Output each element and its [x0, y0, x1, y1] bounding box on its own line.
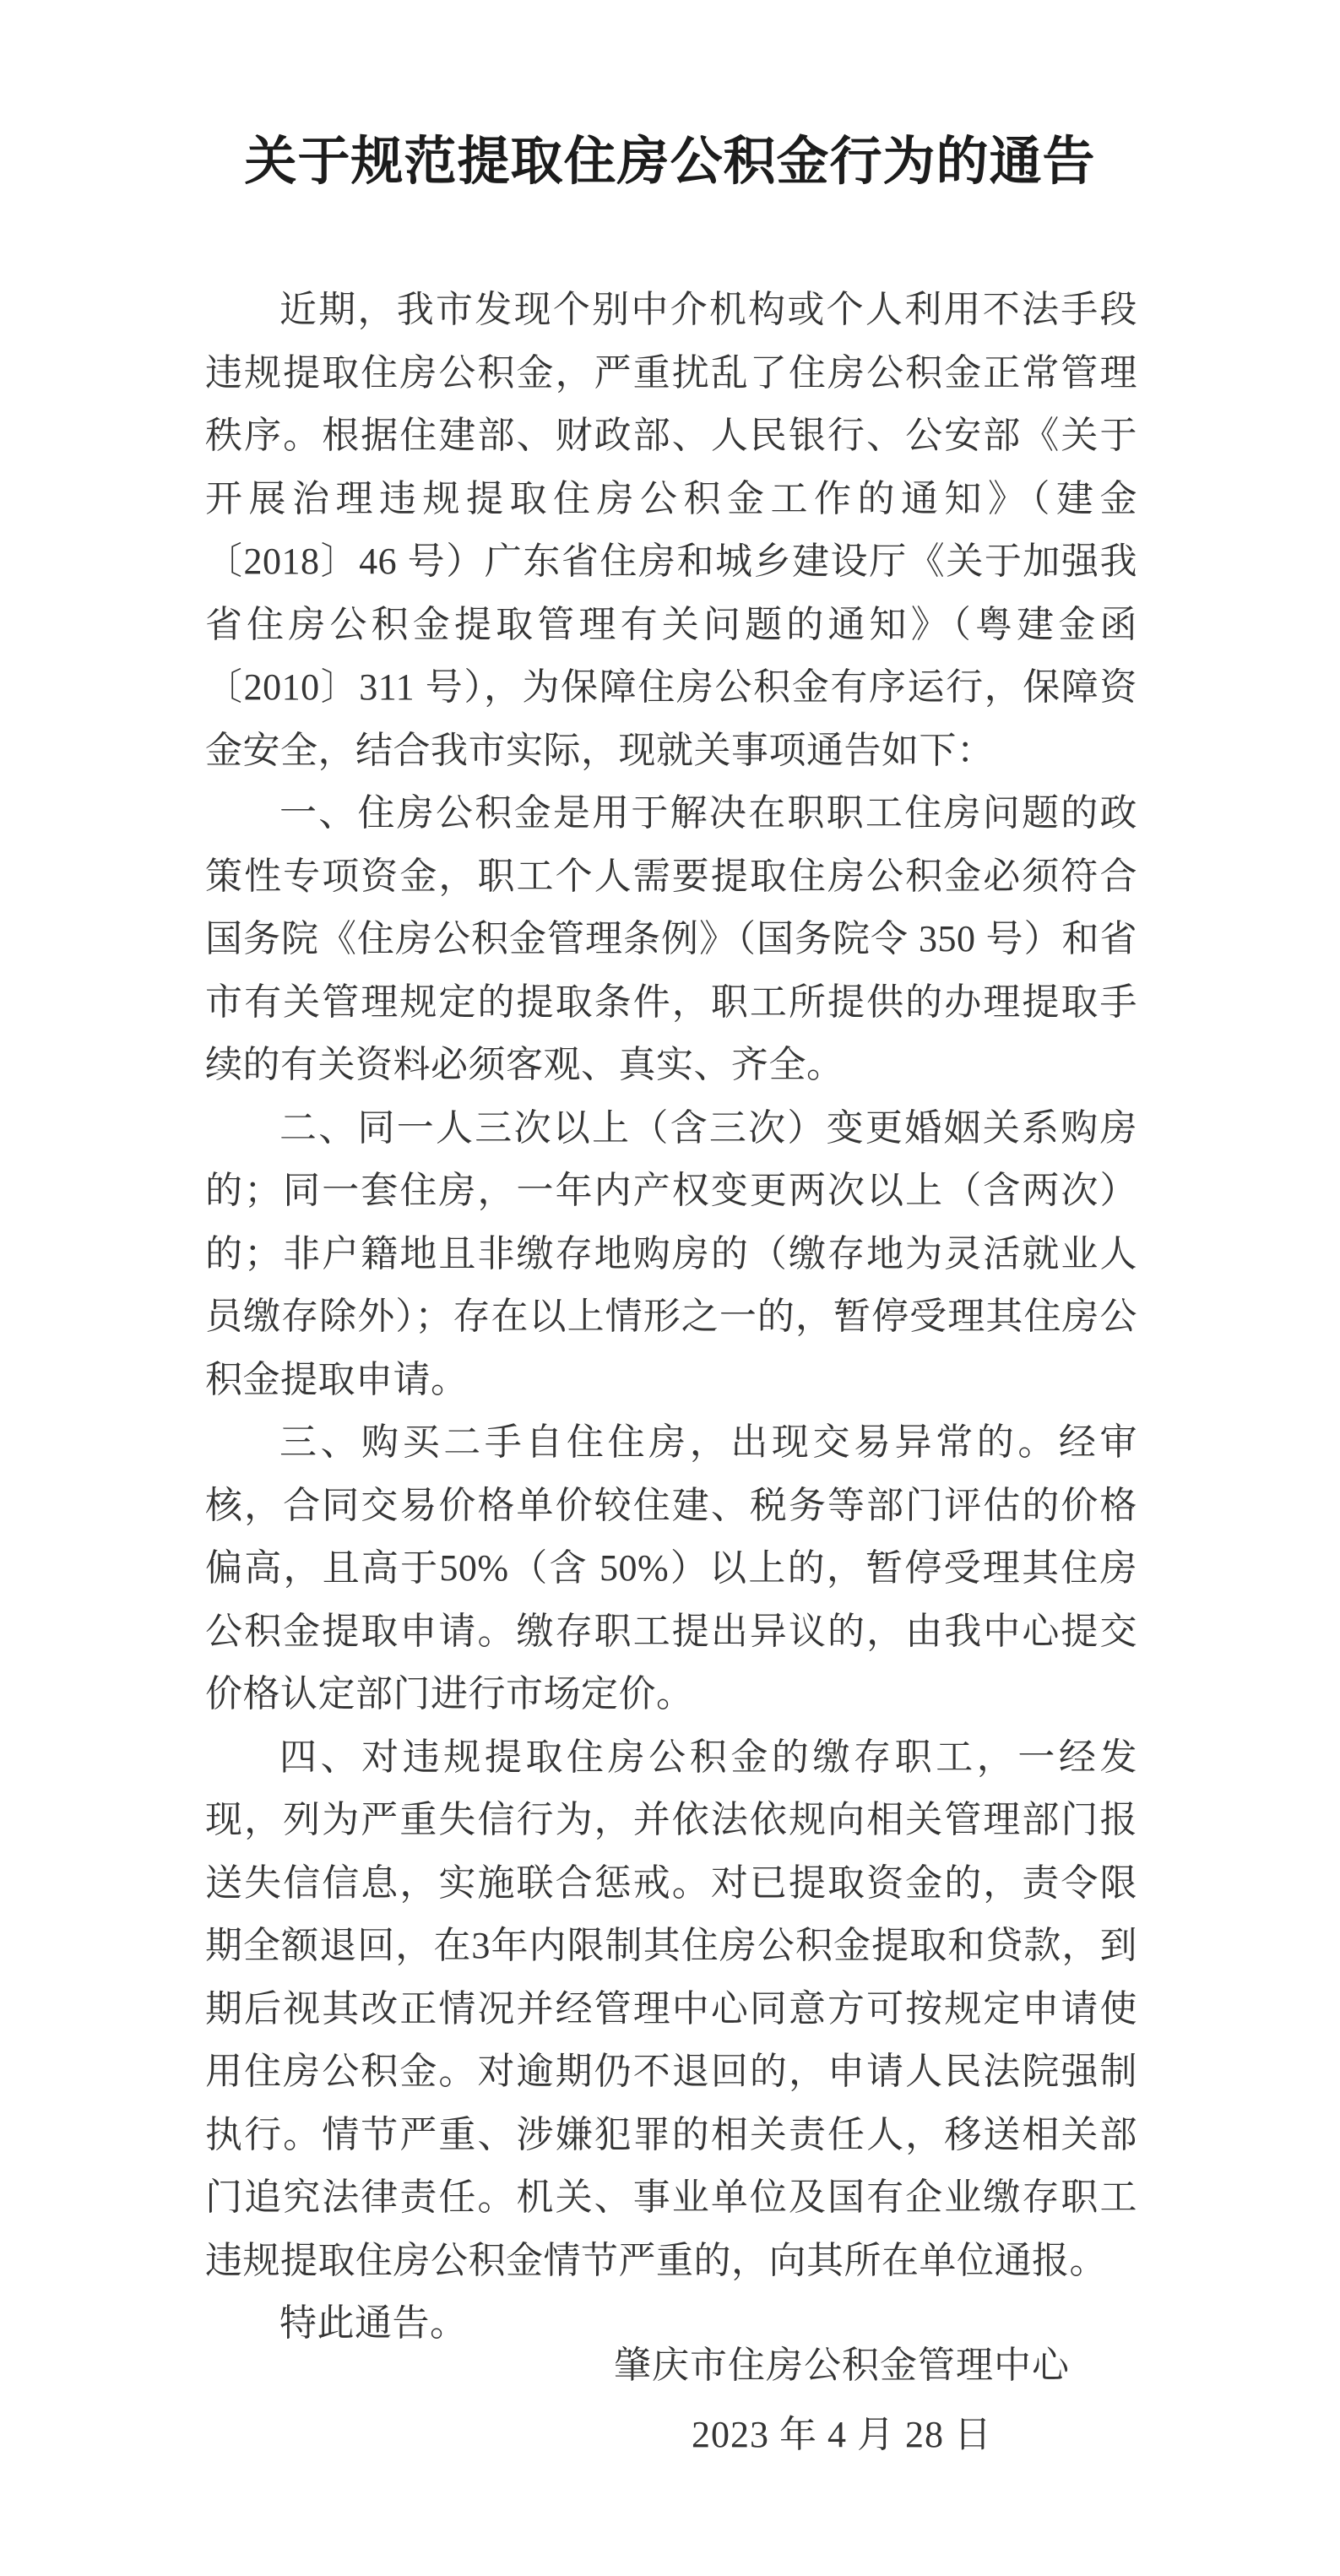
paragraph-item-3: 三、购买二手自住住房，出现交易异常的。经审核，合同交易价格单价较住建、税务等部门… [205, 1411, 1137, 1726]
paragraph-item-2: 二、同一人三次以上（含三次）变更婚姻关系购房的；同一套住房，一年内产权变更两次以… [205, 1097, 1137, 1412]
paragraph-item-4: 四、对违规提取住房公积金的缴存职工，一经发现，列为严重失信行为，并依法依规向相关… [205, 1726, 1137, 2293]
signature-issuer: 肇庆市住房公积金管理中心 [614, 2331, 1070, 2400]
signature-date: 2023 年 4 月 28 日 [614, 2400, 1070, 2470]
paragraph-item-1: 一、住房公积金是用于解决在职职工住房问题的政策性专项资金，职工个人需要提取住房公… [205, 782, 1137, 1097]
document-page: 关于规范提取住房公积金行为的通告 近期，我市发现个别中介机构或个人利用不法手段违… [0, 0, 1340, 2576]
document-body: 近期，我市发现个别中介机构或个人利用不法手段违规提取住房公积金，严重扰乱了住房公… [205, 279, 1137, 2356]
document-title: 关于规范提取住房公积金行为的通告 [0, 133, 1340, 191]
signature-block: 肇庆市住房公积金管理中心 2023 年 4 月 28 日 [614, 2331, 1070, 2470]
paragraph-intro: 近期，我市发现个别中介机构或个人利用不法手段违规提取住房公积金，严重扰乱了住房公… [205, 279, 1137, 782]
